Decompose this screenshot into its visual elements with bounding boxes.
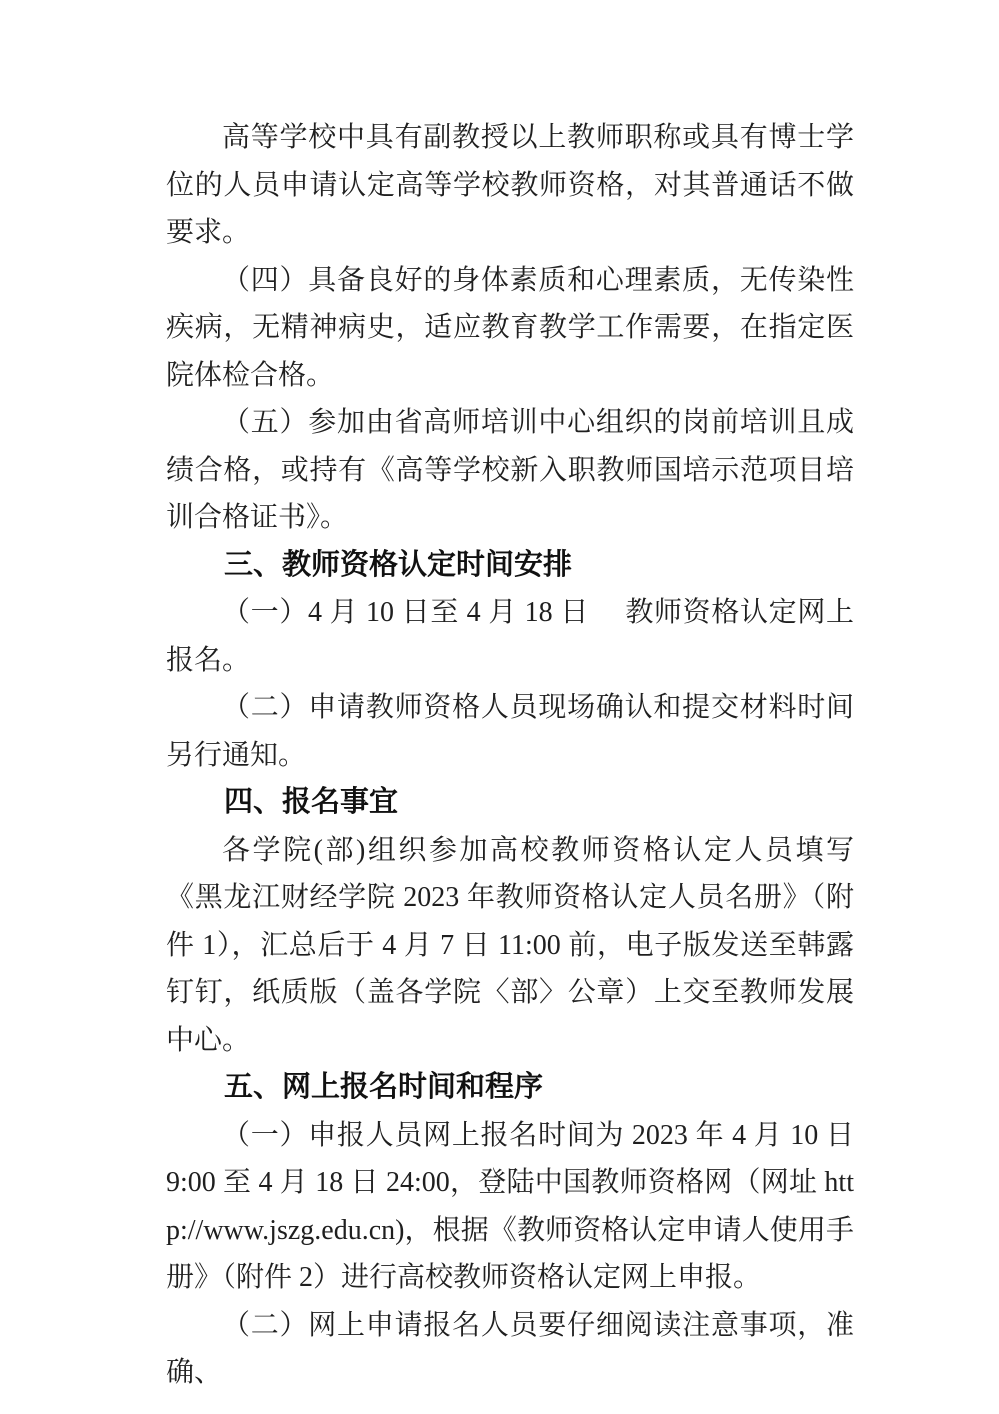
paragraph-read-notes-truncated: （二）网上申请报名人员要仔细阅读注意事项，准确、 (166, 1302, 854, 1397)
paragraph-online-registration-dates: （一）4 月 10 日至 4 月 18 日 教师资格认定网上报名。 (166, 589, 854, 684)
paragraph-roster-submission: 各学院(部)组织参加高校教师资格认定人员填写《黑龙江财经学院 2023 年教师资… (166, 827, 854, 1065)
heading-section-3-schedule: 三、教师资格认定时间安排 (166, 542, 854, 590)
paragraph-item-4-health: （四）具备良好的身体素质和心理素质，无传染性疾病，无精神病史，适应教育教学工作需… (166, 257, 854, 400)
paragraph-online-application-window: （一）申报人员网上报名时间为 2023 年 4 月 10 日 9:00 至 4 … (166, 1112, 854, 1302)
paragraph-item-5-pretraining: （五）参加由省高师培训中心组织的岗前培训且成绩合格，或持有《高等学校新入职教师国… (166, 399, 854, 542)
paragraph-onsite-confirmation-notice: （二）申请教师资格人员现场确认和提交材料时间另行通知。 (166, 684, 854, 779)
heading-section-4-signup: 四、报名事宜 (166, 779, 854, 827)
paragraph-putonghua-exemption: 高等学校中具有副教授以上教师职称或具有博士学位的人员申请认定高等学校教师资格，对… (166, 114, 854, 257)
document-content: 高等学校中具有副教授以上教师职称或具有博士学位的人员申请认定高等学校教师资格，对… (166, 114, 854, 1397)
document-page: 高等学校中具有副教授以上教师职称或具有博士学位的人员申请认定高等学校教师资格，对… (0, 0, 999, 1414)
heading-section-5-online-procedure: 五、网上报名时间和程序 (166, 1064, 854, 1112)
